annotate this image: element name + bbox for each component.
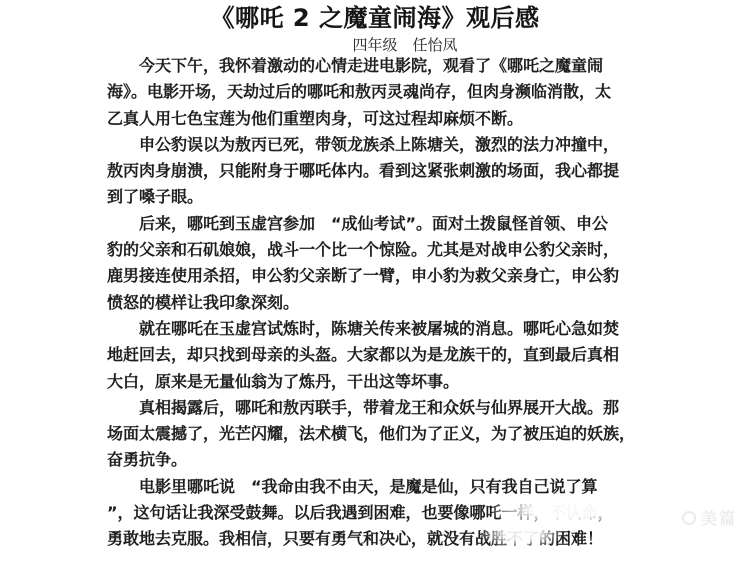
watermark-text: 美篇 — [701, 506, 737, 529]
watermark: 美篇 — [682, 506, 737, 529]
text-line: 勇敢地去克服。我相信，只要有勇气和决心，就没有战胜不了的困难！ — [107, 526, 652, 552]
paragraph: 今天下午，我怀着激动的心情走进电影院，观看了《哪吒之魔童闹海》。电影开场，天劫过… — [107, 53, 652, 132]
essay-page: 《哪吒 2 之魔童闹海》观后感 四年级 任怡凤 今天下午，我怀着激动的心情走进电… — [0, 0, 750, 562]
text-line: 电影里哪吒说 “我命由我不由天，是魔是仙，只有我自己说了算 — [107, 474, 652, 500]
text-line: ”，这句话让我深受鼓舞。以后我遇到困难，也要像哪吒一样，不认命， — [107, 500, 652, 526]
essay-byline: 四年级 任怡凤 — [30, 36, 750, 54]
text-line: 地赶回去，却只找到母亲的头盔。大家都以为是龙族干的，直到最后真相 — [107, 342, 652, 368]
text-line: 敖丙肉身崩溃，只能附身于哪吒体内。看到这紧张刺激的场面，我心都提 — [107, 158, 652, 184]
text-line: 真相揭露后，哪吒和敖丙联手，带着龙王和众妖与仙界展开大战。那 — [107, 395, 652, 421]
essay-title: 《哪吒 2 之魔童闹海》观后感 — [0, 3, 750, 33]
text-line: 到了嗓子眼。 — [107, 184, 652, 210]
text-line: 乙真人用七色宝莲为他们重塑肉身，可这过程却麻烦不断。 — [107, 106, 652, 132]
text-line: 海》。电影开场，天劫过后的哪吒和敖丙灵魂尚存，但肉身濒临消散，太 — [107, 79, 652, 105]
essay-body: 今天下午，我怀着激动的心情走进电影院，观看了《哪吒之魔童闹海》。电影开场，天劫过… — [107, 53, 652, 553]
text-line: 后来，哪吒到玉虚宫参加 “成仙考试”。面对土拨鼠怪首领、申公 — [107, 211, 652, 237]
paragraph: 就在哪吒在玉虚宫试炼时，陈塘关传来被屠城的消息。哪吒心急如焚地赶回去，却只找到母… — [107, 316, 652, 395]
paragraph: 电影里哪吒说 “我命由我不由天，是魔是仙，只有我自己说了算”，这句话让我深受鼓舞… — [107, 474, 652, 553]
text-line: 豹的父亲和石矶娘娘，战斗一个比一个惊险。尤其是对战申公豹父亲时， — [107, 237, 652, 263]
text-line: 大白，原来是无量仙翁为了炼丹，干出这等坏事。 — [107, 369, 652, 395]
text-line: 就在哪吒在玉虚宫试炼时，陈塘关传来被屠城的消息。哪吒心急如焚 — [107, 316, 652, 342]
text-line: 鹿男接连使用杀招，申公豹父亲断了一臂，申小豹为救父亲身亡，申公豹 — [107, 263, 652, 289]
watermark-circle-logo-icon — [682, 511, 696, 525]
paragraph: 后来，哪吒到玉虚宫参加 “成仙考试”。面对土拨鼠怪首领、申公豹的父亲和石矶娘娘，… — [107, 211, 652, 316]
text-line: 申公豹误以为敖丙已死，带领龙族杀上陈塘关，激烈的法力冲撞中， — [107, 132, 652, 158]
paragraph: 真相揭露后，哪吒和敖丙联手，带着龙王和众妖与仙界展开大战。那场面太震撼了，光芒闪… — [107, 395, 652, 474]
text-line: 场面太震撼了，光芒闪耀，法术横飞，他们为了正义，为了被压迫的妖族， — [107, 421, 652, 447]
text-line: 奋勇抗争。 — [107, 447, 652, 473]
text-line: 愤怒的模样让我印象深刻。 — [107, 290, 652, 316]
paragraph: 申公豹误以为敖丙已死，带领龙族杀上陈塘关，激烈的法力冲撞中，敖丙肉身崩溃，只能附… — [107, 132, 652, 211]
text-line: 今天下午，我怀着激动的心情走进电影院，观看了《哪吒之魔童闹 — [107, 53, 652, 79]
